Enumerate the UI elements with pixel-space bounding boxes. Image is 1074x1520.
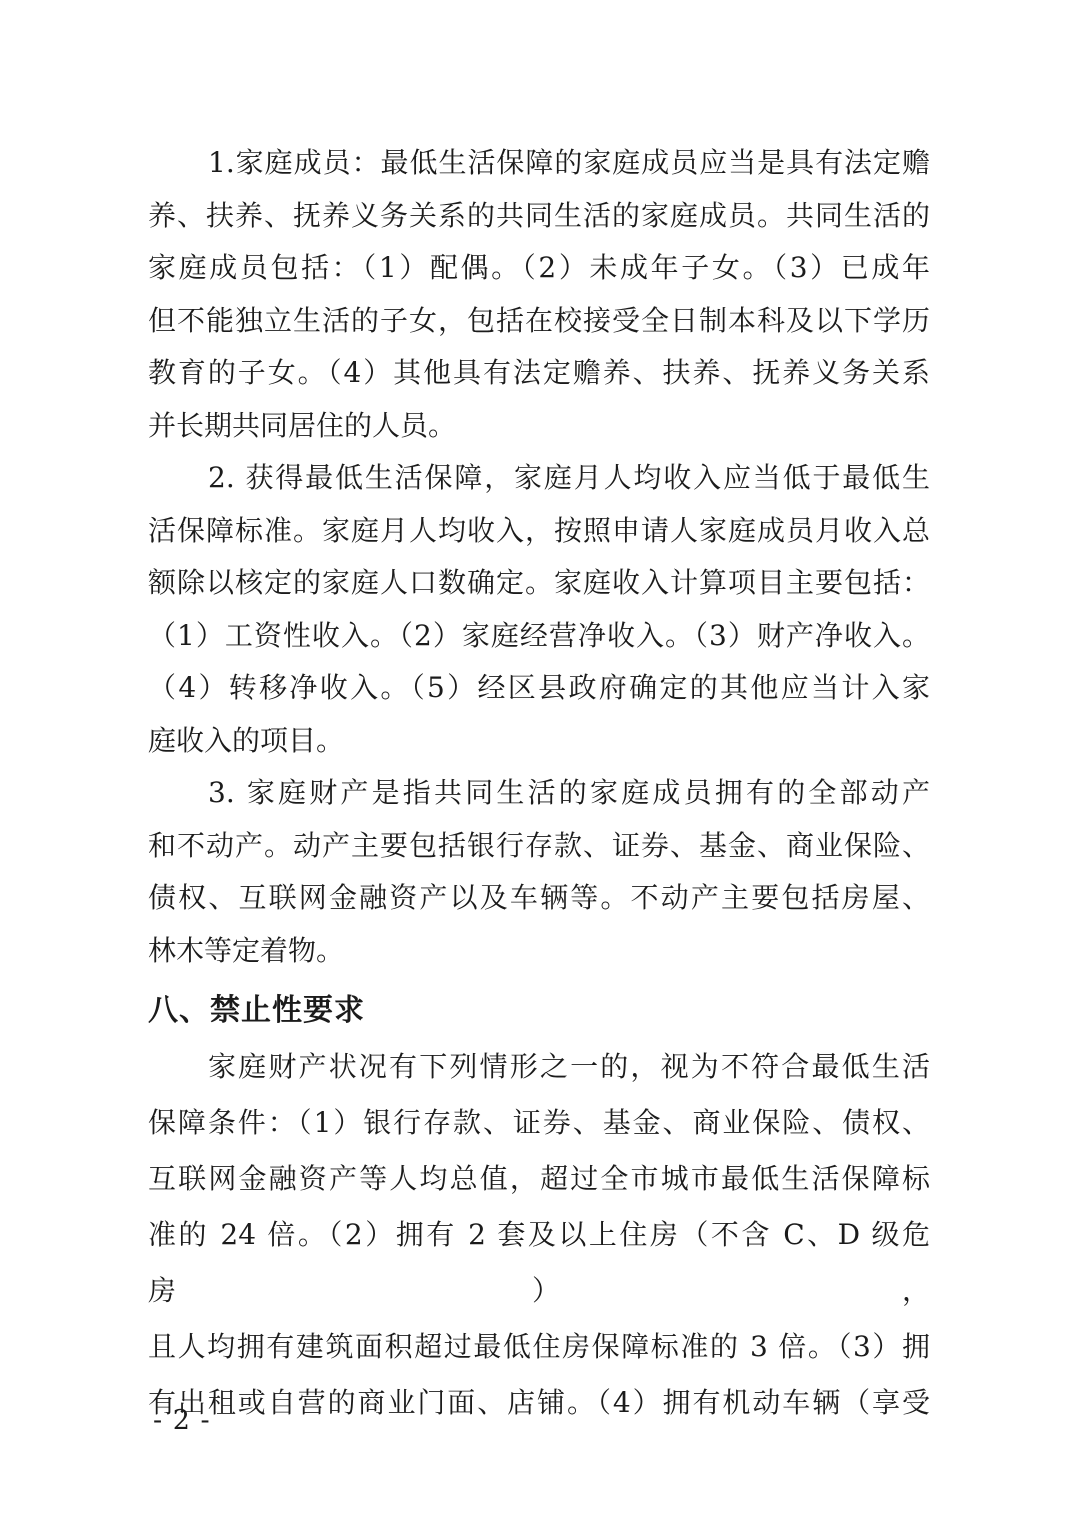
text-line: 债权、互联网金融资产以及车辆等。不动产主要包括房屋、 [148,872,930,925]
text-line: 林木等定着物。 [148,925,930,978]
paragraph-prohibitions: 家庭财产状况有下列情形之一的，视为不符合最低生活 保障条件：（1）银行存款、证券… [148,1039,930,1431]
text-line: 但不能独立生活的子女，包括在校接受全日制本科及以下学历 [148,295,930,348]
text-line: 保障条件：（1）银行存款、证券、基金、商业保险、债权、 [148,1095,930,1151]
section-heading: 八、禁止性要求 [148,989,930,1033]
text-line: 养、扶养、抚养义务关系的共同生活的家庭成员。共同生活的 [148,190,930,243]
paragraph-family-members: 1.家庭成员：最低生活保障的家庭成员应当是具有法定赡 养、扶养、抚养义务关系的共… [148,137,930,452]
text-line: 庭收入的项目。 [148,715,930,768]
document-page: 1.家庭成员：最低生活保障的家庭成员应当是具有法定赡 养、扶养、抚养义务关系的共… [0,0,1074,1520]
page-number: - 2 - [153,1404,211,1438]
text-line: 2. 获得最低生活保障，家庭月人均收入应当低于最低生 [148,452,930,505]
text-line: 教育的子女。（4）其他具有法定赡养、扶养、抚养义务关系 [148,347,930,400]
text-line: 家庭成员包括：（1）配偶。（2）未成年子女。（3）已成年 [148,242,930,295]
text-line: 1.家庭成员：最低生活保障的家庭成员应当是具有法定赡 [148,137,930,190]
text-line: 家庭财产状况有下列情形之一的，视为不符合最低生活 [148,1039,930,1095]
text-line: 活保障标准。家庭月人均收入，按照申请人家庭成员月收入总 [148,505,930,558]
text-line: 额除以核定的家庭人口数确定。家庭收入计算项目主要包括： [148,557,930,610]
text-line: 互联网金融资产等人均总值，超过全市城市最低生活保障标 [148,1151,930,1207]
text-line: 和不动产。动产主要包括银行存款、证券、基金、商业保险、 [148,820,930,873]
document-body: 1.家庭成员：最低生活保障的家庭成员应当是具有法定赡 养、扶养、抚养义务关系的共… [148,137,930,1431]
text-line: 且人均拥有建筑面积超过最低住房保障标准的 3 倍。（3）拥 [148,1319,930,1375]
text-line: （4）转移净收入。（5）经区县政府确定的其他应当计入家 [148,662,930,715]
text-line: 有出租或自营的商业门面、店铺。（4）拥有机动车辆（享受 [148,1375,930,1431]
text-line: 并长期共同居住的人员。 [148,400,930,453]
paragraph-property: 3. 家庭财产是指共同生活的家庭成员拥有的全部动产 和不动产。动产主要包括银行存… [148,767,930,977]
text-line: （1）工资性收入。（2）家庭经营净收入。（3）财产净收入。 [148,610,930,663]
paragraph-income: 2. 获得最低生活保障，家庭月人均收入应当低于最低生 活保障标准。家庭月人均收入… [148,452,930,767]
text-line: 准的 24 倍。（2）拥有 2 套及以上住房（不含 C、D 级危房）， [148,1207,930,1319]
text-line: 3. 家庭财产是指共同生活的家庭成员拥有的全部动产 [148,767,930,820]
